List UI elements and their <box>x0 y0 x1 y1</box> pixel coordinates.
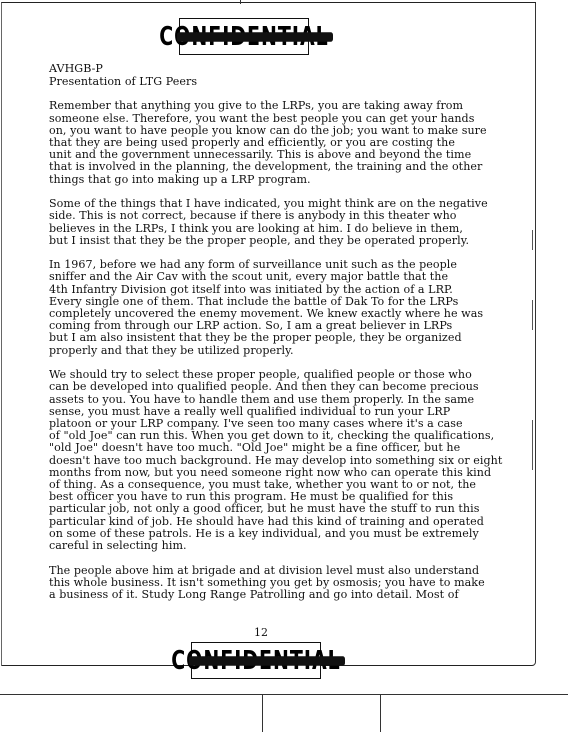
scan-margin-mark <box>532 420 533 470</box>
classification-stamp-top: CONFIDENTIAL <box>179 18 309 55</box>
scan-margin-mark <box>532 300 533 330</box>
scan-margin-mark <box>532 230 533 250</box>
strikethrough-mark <box>177 31 333 40</box>
paragraph-5: The people above him at brigade and at d… <box>49 565 539 602</box>
office-symbol: AVHGB-P <box>49 63 539 75</box>
paragraph-3: In 1967, before we had any form of surve… <box>49 259 539 357</box>
document-body: AVHGB-P Presentation of LTG Peers Rememb… <box>49 63 539 613</box>
paragraph-4: We should try to select these proper peo… <box>49 369 539 552</box>
paragraph-2: Some of the things that I have indicated… <box>49 198 539 247</box>
paragraph-1: Remember that anything you give to the L… <box>49 100 539 185</box>
scan-divider-line <box>380 694 381 732</box>
classification-stamp-bottom: CONFIDENTIAL <box>191 642 321 679</box>
scan-bottom-edge <box>0 694 568 695</box>
strikethrough-mark <box>189 655 345 664</box>
page-number: 12 <box>254 626 268 639</box>
document-subject: Presentation of LTG Peers <box>49 76 539 88</box>
scan-divider-line <box>262 694 263 732</box>
scan-edge-mark <box>240 0 241 4</box>
